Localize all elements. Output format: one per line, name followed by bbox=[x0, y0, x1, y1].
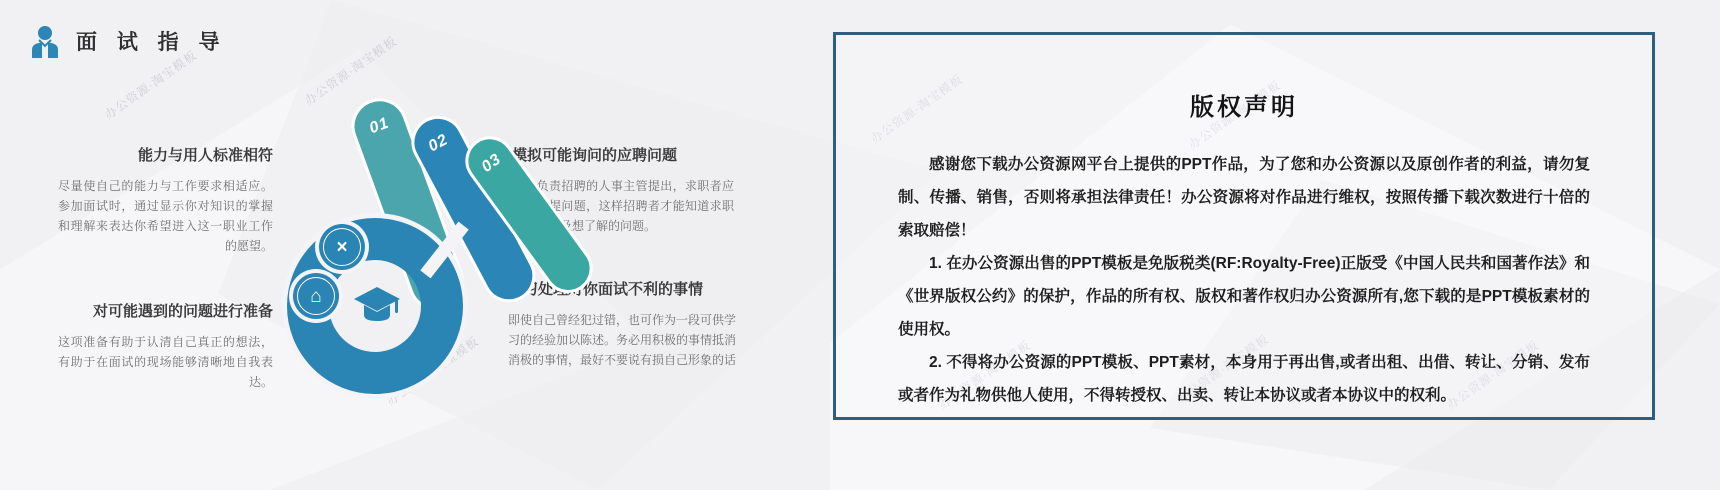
step-number-1: 01 bbox=[353, 109, 406, 143]
finger-shape-01: 01 bbox=[344, 90, 473, 318]
graduation-cap-icon bbox=[352, 285, 402, 329]
point-block-3: 模拟可能询问的应聘问题 一些负责招聘的人事主管提出，求职者应当乐意提问题，这样招… bbox=[512, 144, 734, 236]
slide-title: 面 试 指 导 bbox=[76, 26, 227, 56]
copyright-paragraph-3: 2. 不得将办公资源的PPT模板、PPT素材，本身用于再出售,或者出租、出借、转… bbox=[898, 346, 1590, 412]
point-title: 练习处理对你面试不利的事情 bbox=[508, 278, 736, 299]
close-icon: × bbox=[319, 224, 365, 270]
home-icon: ⌂ bbox=[293, 273, 339, 319]
slide-preview-canvas: 办公资源·淘宝模板 办公资源·淘宝模板 办公资源·淘宝模板 办公资源·淘宝模板 … bbox=[0, 0, 1720, 490]
point-title: 对可能遇到的问题进行准备 bbox=[58, 300, 273, 321]
point-body: 这项准备有助于认清自己真正的想法，有助于在面试的现场能够清晰地自我表达。 bbox=[58, 332, 273, 392]
watermark: 办公资源·淘宝模板 bbox=[383, 332, 482, 408]
point-block-1: 能力与用人标准相符 尽量使自己的能力与工作要求相适应。参加面试时，通过显示你对知… bbox=[58, 144, 273, 256]
person-icon bbox=[30, 24, 60, 58]
slide-header: 面 试 指 导 bbox=[30, 24, 227, 58]
point-body: 即使自己曾经犯过错，也可作为一段可供学习的经验加以陈述。务必用积极的事情抵消消极… bbox=[508, 310, 736, 370]
step-number-3: 03 bbox=[469, 144, 514, 184]
point-block-4: 练习处理对你面试不利的事情 即使自己曾经犯过错，也可作为一段可供学习的经验加以陈… bbox=[508, 278, 736, 370]
ring-notch bbox=[420, 222, 468, 279]
point-body: 一些负责招聘的人事主管提出，求职者应当乐意提问题，这样招聘者才能知道求职者的水准… bbox=[512, 176, 734, 236]
copyright-body: 感谢您下载办公资源网平台上提供的PPT作品，为了您和办公资源以及原创作者的利益，… bbox=[898, 148, 1590, 412]
copyright-title: 版权声明 bbox=[836, 87, 1652, 122]
point-title: 能力与用人标准相符 bbox=[58, 144, 273, 165]
point-title: 模拟可能询问的应聘问题 bbox=[512, 144, 734, 165]
home-icon-glyph: ⌂ bbox=[310, 287, 321, 306]
point-block-2: 对可能遇到的问题进行准备 这项准备有助于认清自己真正的想法，有助于在面试的现场能… bbox=[58, 300, 273, 392]
copyright-box: 版权声明 感谢您下载办公资源网平台上提供的PPT作品，为了您和办公资源以及原创作… bbox=[833, 32, 1655, 420]
step-number-2: 02 bbox=[414, 125, 464, 163]
copyright-paragraph-2: 1. 在办公资源出售的PPT模板是免版税类(RF:Royalty-Free)正版… bbox=[898, 247, 1590, 346]
close-icon-glyph: × bbox=[336, 238, 347, 257]
background-polygon bbox=[180, 0, 940, 490]
point-body: 尽量使自己的能力与工作要求相适应。参加面试时，通过显示你对知识的掌握和理解来表达… bbox=[58, 176, 273, 256]
copyright-paragraph-1: 感谢您下载办公资源网平台上提供的PPT作品，为了您和办公资源以及原创作者的利益，… bbox=[898, 148, 1590, 247]
watermark: 办公资源·淘宝模板 bbox=[301, 32, 400, 108]
